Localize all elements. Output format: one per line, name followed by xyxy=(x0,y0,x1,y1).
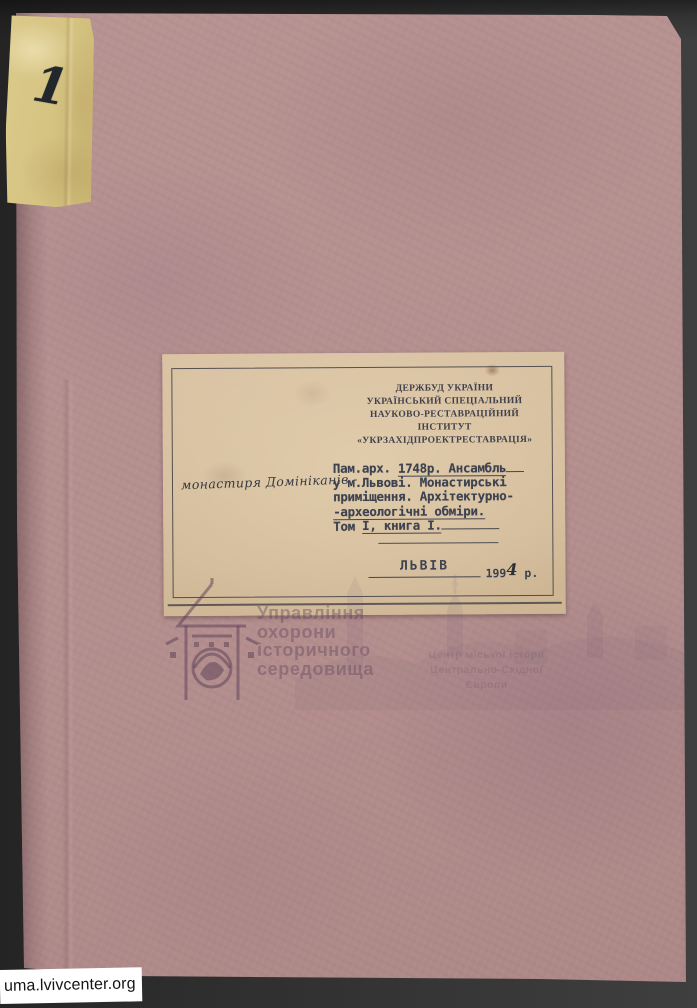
archive-number-tab: 1 xyxy=(5,15,95,207)
heritage-office-logo-icon xyxy=(164,578,260,708)
folder-cover: ДЕРЖБУД УКРАЇНИ УКРАЇНСЬКИЙ СПЕЦІАЛЬНИЙ … xyxy=(0,0,697,1008)
faint-stamp-text: Центр міської історії Центрально-Східної… xyxy=(424,648,549,693)
institution-header: ДЕРЖБУД УКРАЇНИ УКРАЇНСЬКИЙ СПЕЦІАЛЬНИЙ … xyxy=(319,382,569,449)
title-line: -археологічні обміри. xyxy=(333,503,548,519)
faint-stamp-line: Центрально-Східної Європи xyxy=(424,663,549,693)
site-watermark-box: uma.lvivcenter.org xyxy=(0,967,142,1004)
institution-line: «УКРЗАХІДПРОЕКТРЕСТАВРАЦІЯ» xyxy=(320,434,570,449)
site-watermark-text: uma.lvivcenter.org xyxy=(0,975,136,996)
underline-extension xyxy=(442,518,500,530)
faint-stamp-line: Центр міської історії xyxy=(424,648,549,663)
agency-line: охорони xyxy=(257,623,457,642)
title-line: Том І, книга І. xyxy=(333,518,548,534)
underline-extension xyxy=(506,460,524,472)
title-line: приміщення. Архітектурно- xyxy=(333,489,548,505)
tab-crease xyxy=(63,16,75,207)
scanned-archive-cover-page: ДЕРЖБУД УКРАЇНИ УКРАЇНСЬКИЙ СПЕЦІАЛЬНИЙ … xyxy=(0,0,697,1008)
typed-title-block: Пам.арх. 1748р. Ансамбль у м.Львові. Мон… xyxy=(333,460,548,534)
agency-line: Управління xyxy=(257,604,457,623)
cover-crease xyxy=(62,380,74,988)
